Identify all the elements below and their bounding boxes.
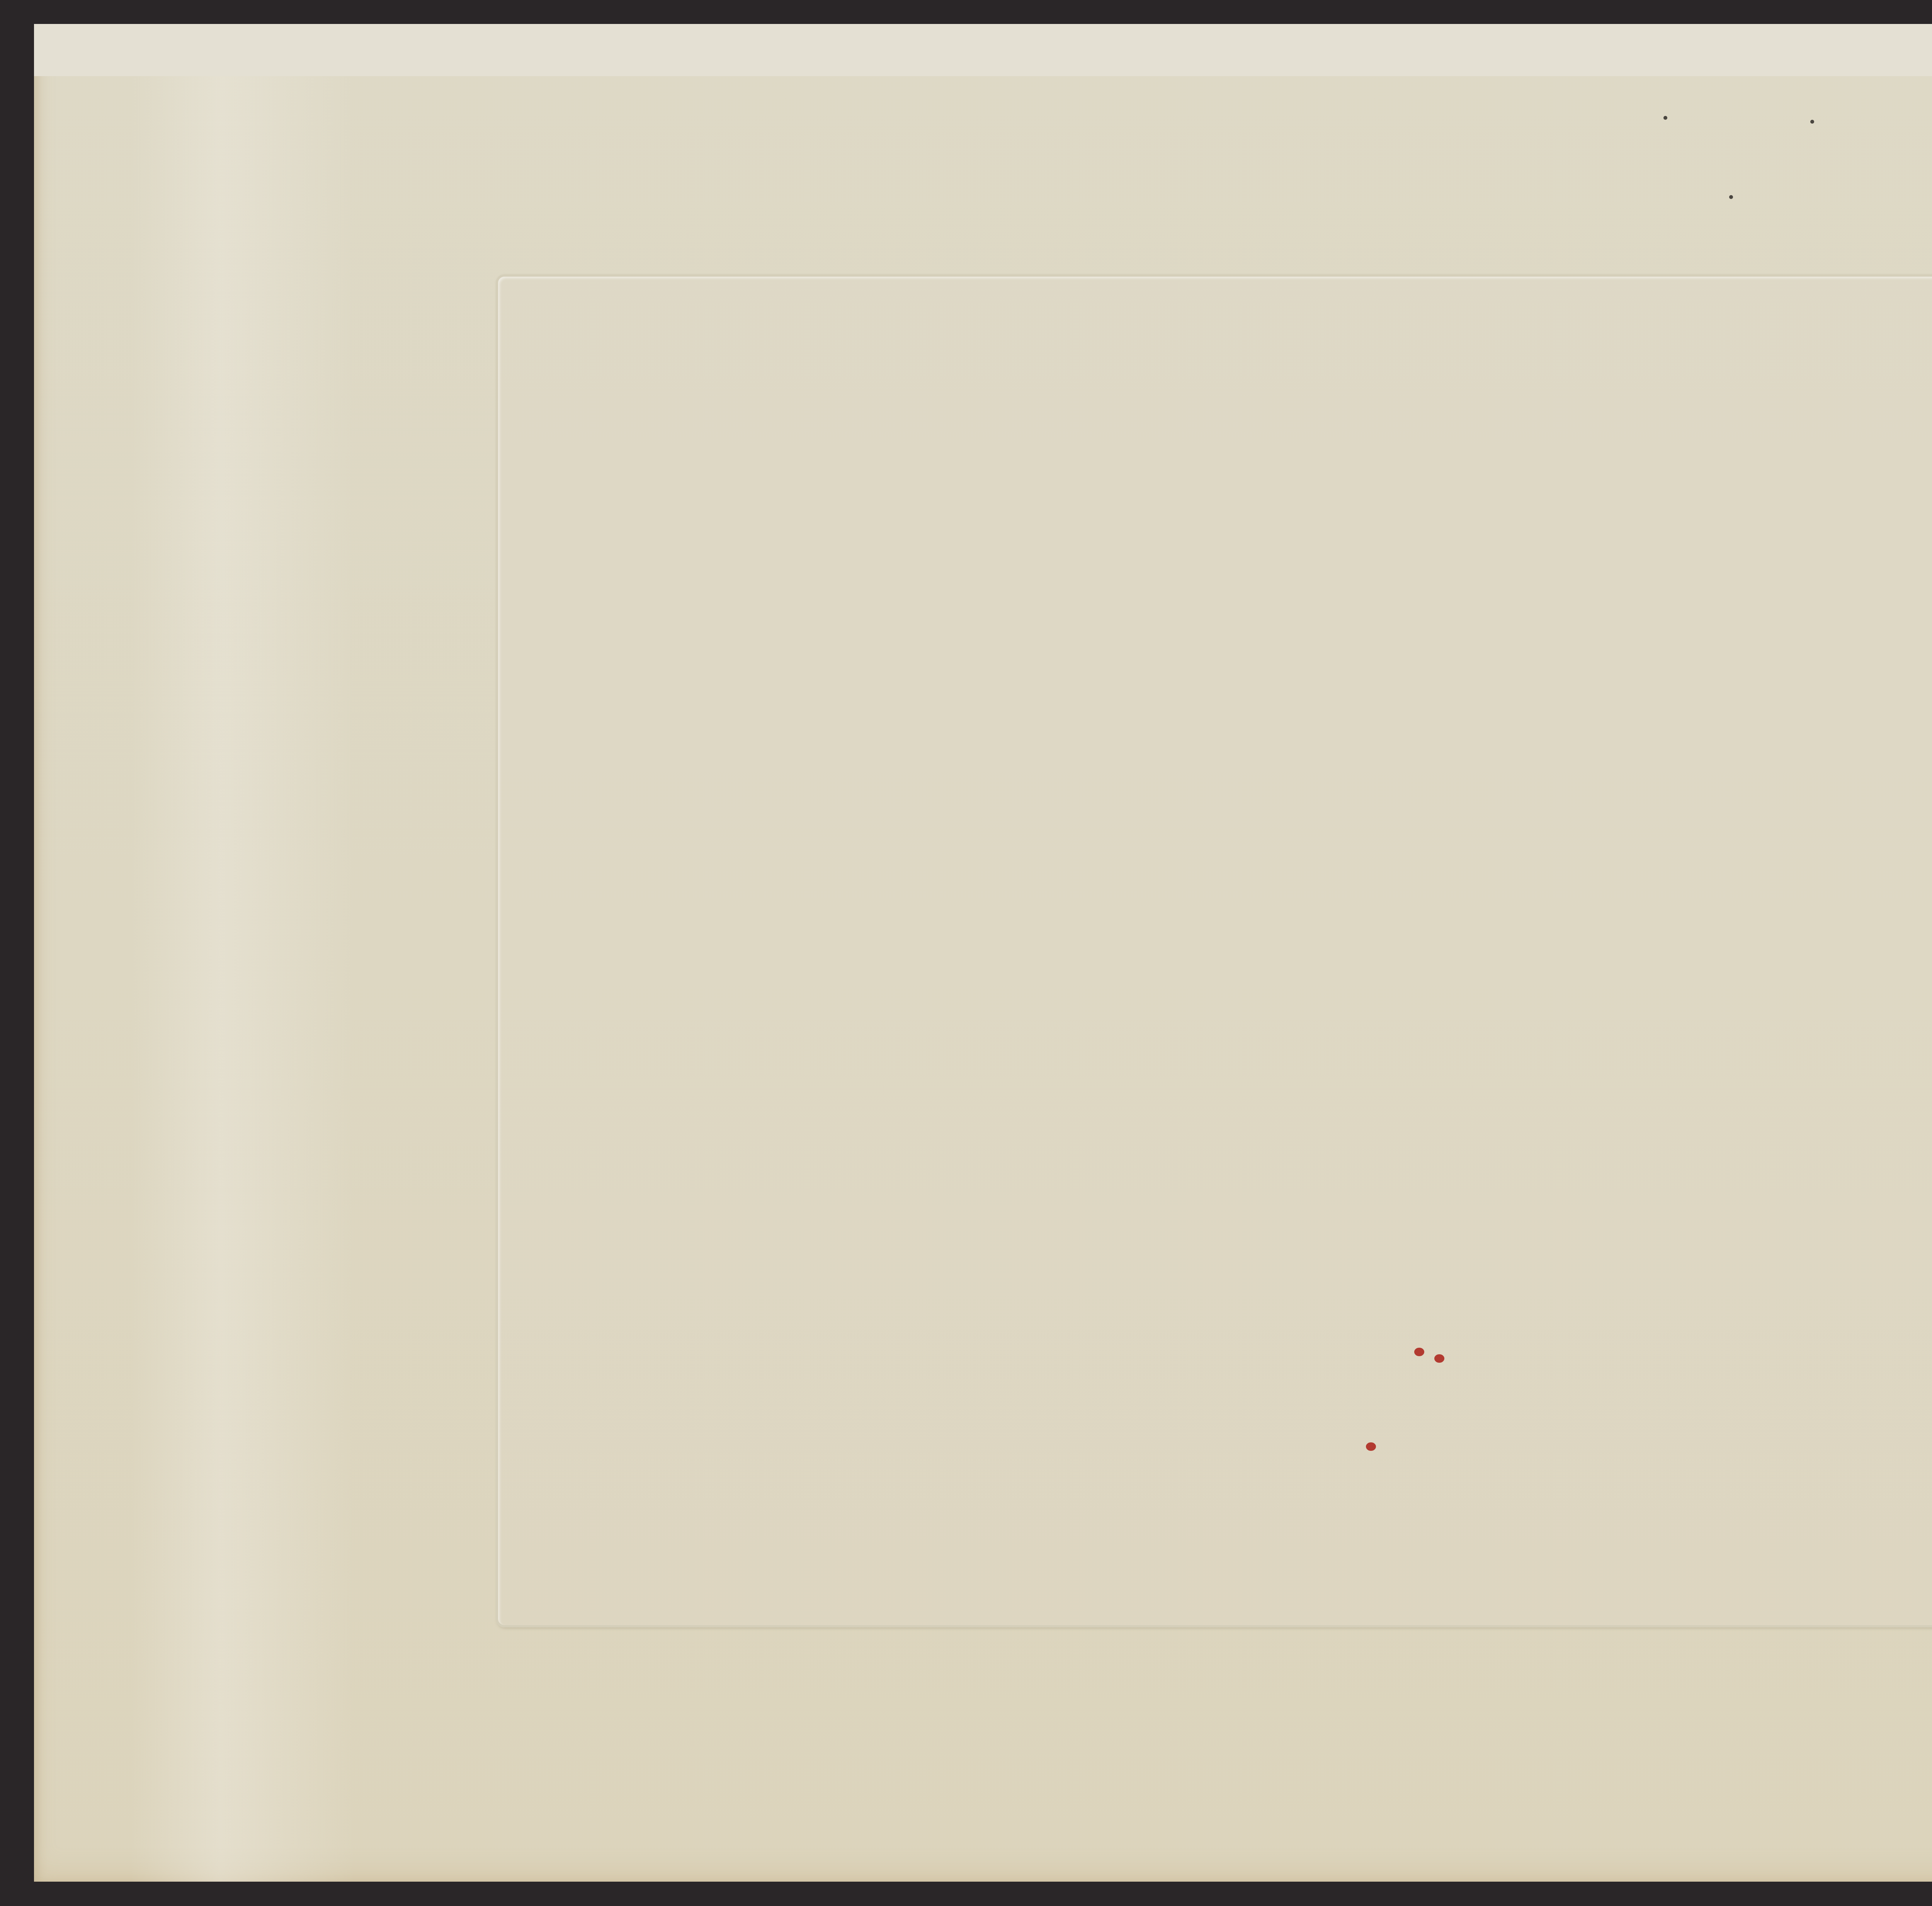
foxing-speck	[1663, 116, 1667, 120]
paper-sheet	[34, 24, 1932, 1882]
plate-mark	[496, 274, 1932, 1627]
red-stamp-dot	[1366, 1442, 1376, 1451]
foxing-speck	[1729, 195, 1733, 199]
red-stamp-dot	[1414, 1348, 1424, 1356]
hinge-strip	[34, 24, 1932, 76]
paper-fold-band	[131, 76, 355, 1882]
red-stamp-dot	[1434, 1354, 1444, 1363]
foxing-speck	[1810, 120, 1814, 124]
